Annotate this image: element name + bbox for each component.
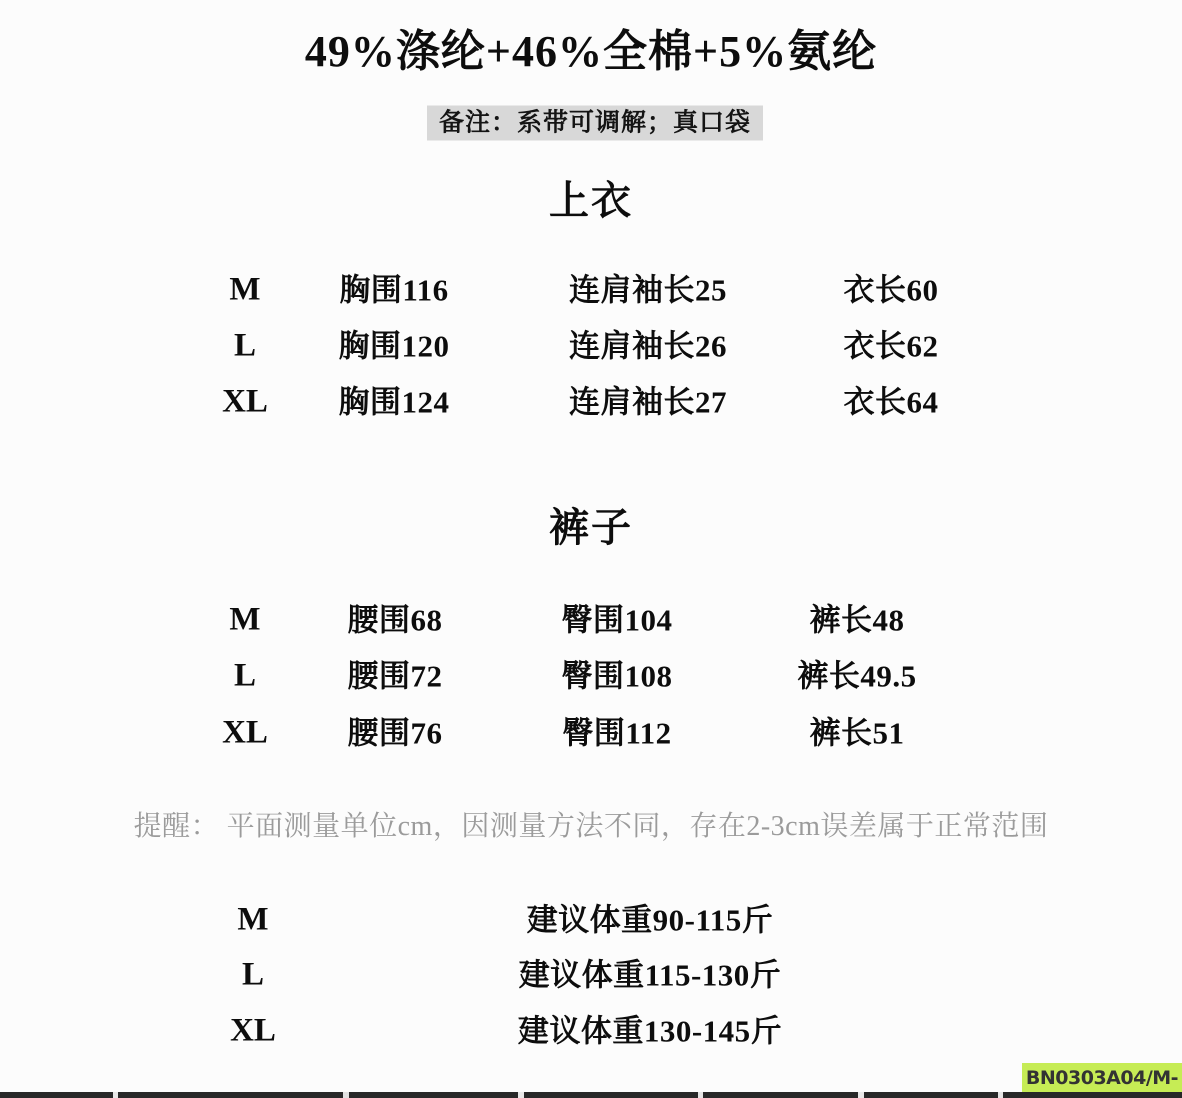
size-label: L (242, 959, 264, 992)
weight-recommendation: 建议体重130-145斤 (518, 1016, 782, 1047)
section-heading-pants: 裤子 (549, 508, 633, 548)
size-label: XL (222, 386, 268, 419)
weight-recommendation: 建议体重115-130斤 (519, 960, 782, 991)
fabric-composition-title: 49%涤纶+46%全棉+5%氨纶 (305, 30, 877, 74)
length-measure: 衣长62 (844, 331, 939, 362)
sleeve-measure: 连肩袖长27 (569, 387, 727, 418)
chest-measure: 胸围116 (339, 275, 448, 306)
measurement-reminder: 提醒： 平面测量单位cm，因测量方法不同，存在2-3cm误差属于正常范围 (134, 813, 1049, 841)
bottom-image-edge (0, 1092, 1182, 1098)
weight-recommendation: 建议体重90-115斤 (527, 905, 774, 936)
hip-measure: 臀围108 (562, 661, 673, 692)
length-measure: 衣长64 (844, 387, 939, 418)
size-chart-page: 49%涤纶+46%全棉+5%氨纶 备注：系带可调解；真口袋 上衣 M 胸围116… (0, 0, 1182, 1098)
waist-measure: 腰围68 (348, 605, 443, 636)
size-label: XL (230, 1015, 276, 1048)
waist-measure: 腰围72 (348, 661, 443, 692)
sku-badge: BN0303A04/M-XL (1022, 1063, 1182, 1093)
size-label: M (229, 274, 260, 307)
chest-measure: 胸围124 (339, 387, 450, 418)
chest-measure: 胸围120 (339, 331, 450, 362)
pants-length-measure: 裤长48 (810, 605, 905, 636)
pants-length-measure: 裤长51 (810, 718, 905, 749)
size-label: XL (222, 717, 268, 750)
sleeve-measure: 连肩袖长26 (569, 331, 727, 362)
hip-measure: 臀围104 (562, 605, 673, 636)
pants-length-measure: 裤长49.5 (797, 661, 916, 692)
length-measure: 衣长60 (844, 275, 939, 306)
size-label: L (234, 330, 256, 363)
waist-measure: 腰围76 (348, 718, 443, 749)
size-label: L (234, 660, 256, 693)
size-label: M (229, 604, 260, 637)
remark-note: 备注：系带可调解；真口袋 (427, 106, 763, 141)
section-heading-tops: 上衣 (549, 181, 633, 221)
hip-measure: 臀围112 (562, 718, 671, 749)
sleeve-measure: 连肩袖长25 (569, 275, 727, 306)
size-label: M (237, 904, 268, 937)
